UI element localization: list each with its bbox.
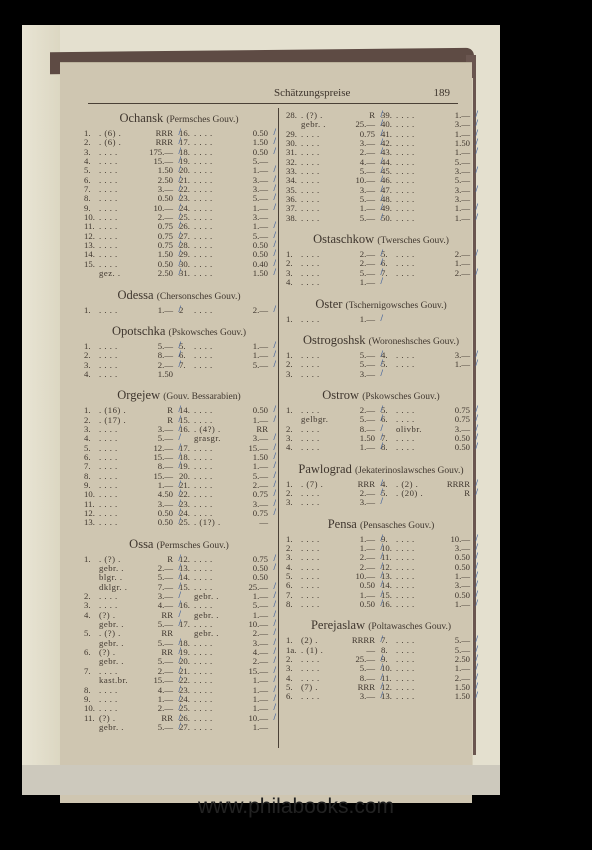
entry-note: . . . . xyxy=(99,204,143,213)
town-name: Ossa xyxy=(129,537,153,551)
pen-checkmark-icon: / xyxy=(380,691,383,700)
pen-checkmark-icon: / xyxy=(273,268,276,277)
entry-note: . . . . xyxy=(194,564,238,573)
entry-note: . . . . xyxy=(194,250,238,259)
entry-note: . . . . xyxy=(99,667,143,676)
catalog-row: 1.. . . .1.—/ xyxy=(286,315,476,324)
entry-number: 1. xyxy=(286,406,301,415)
entry-note: . . . . xyxy=(99,686,143,695)
catalog-entry: 1.. . . .1.—/ xyxy=(286,315,381,324)
catalog-entry: 8.. . . .0.50/ xyxy=(286,600,381,609)
entry-note: . (2) . xyxy=(396,480,440,489)
catalog-section: Ochansk (Permsches Gouv.)1.. (6) .RRR/16… xyxy=(84,111,274,279)
entry-price xyxy=(238,370,274,379)
governorate-name: (Chersonsches Gouv.) xyxy=(157,292,241,302)
town-name: Oster xyxy=(315,297,342,311)
entry-note: . . . . xyxy=(396,636,440,645)
entry-note: . . . . xyxy=(301,269,345,278)
entry-price: 0.75/ xyxy=(238,509,274,518)
catalog-entry: 4.. . . .1.—/ xyxy=(286,278,381,287)
entry-note: . . . . xyxy=(194,269,238,278)
entry-note: . . . . xyxy=(99,370,143,379)
catalog-entry: 13.. . . .0.50/ xyxy=(84,518,179,527)
pen-checkmark-icon: / xyxy=(475,442,478,451)
entry-number: 15. xyxy=(179,583,194,592)
pen-checkmark-icon: / xyxy=(475,185,478,194)
entry-number xyxy=(381,370,396,379)
pen-checkmark-icon: / xyxy=(273,360,276,369)
pen-checkmark-icon: / xyxy=(178,619,181,628)
entry-note: . . . . xyxy=(194,695,238,704)
entry-note: . . . . xyxy=(396,692,440,701)
catalog-entry: 4.. . . .1.—/ xyxy=(286,443,381,452)
price-value: 1.— xyxy=(360,277,375,287)
entry-note: . . . . xyxy=(301,674,345,683)
pen-checkmark-icon: / xyxy=(178,360,181,369)
catalog-entry xyxy=(381,370,476,379)
entry-note: . . . . xyxy=(99,462,143,471)
entry-note: gebr. . xyxy=(99,564,143,573)
catalog-row: 1.. . . .1.—/2. . . .2.—/ xyxy=(84,306,274,315)
catalog-entry xyxy=(381,315,476,324)
entry-number: 50. xyxy=(381,214,396,223)
catalog-entry: 8.. . . .0.50/ xyxy=(381,443,476,452)
running-title: Schätzungspreise xyxy=(274,87,350,99)
entry-number: 5. xyxy=(381,489,396,498)
entry-note: . (?) . xyxy=(301,111,345,120)
entry-note: . . . . xyxy=(301,351,345,360)
catalog-entry xyxy=(381,278,476,287)
book-page: Schätzungspreise 189 Ochansk (Permsches … xyxy=(60,62,472,803)
entry-note: . . . . xyxy=(99,509,143,518)
entry-price: 2.—/ xyxy=(238,306,274,315)
entry-price: 1.50/ xyxy=(238,269,274,278)
running-head: Schätzungspreise 189 xyxy=(88,85,458,104)
entry-note: . . . . xyxy=(194,481,238,490)
price-value: 0.50 xyxy=(360,599,375,609)
entry-note: . . . . xyxy=(194,639,238,648)
entry-number: 1. xyxy=(286,315,301,324)
entry-number: 15. xyxy=(84,260,99,269)
entry-number xyxy=(179,370,194,379)
entry-note: . . . . xyxy=(99,176,143,185)
entry-price: 5.—/ xyxy=(345,214,381,223)
pen-checkmark-icon: / xyxy=(475,359,478,368)
entry-note: . . . . xyxy=(301,553,345,562)
entry-price: 1.—/ xyxy=(440,214,476,223)
catalog-row: 3.. . . .3.—/ xyxy=(286,370,476,379)
catalog-entry: 25.. (1?) .— xyxy=(179,518,274,527)
entry-price: 1.—/ xyxy=(143,306,179,315)
entry-note: . . . . xyxy=(194,509,238,518)
catalog-entry: 6.. . . .3.—/ xyxy=(286,692,381,701)
town-name: Pensa xyxy=(328,517,357,531)
entry-note: gebr. . xyxy=(194,611,238,620)
entry-note: . . . . xyxy=(99,222,143,231)
price-value: 5.— xyxy=(158,722,173,732)
catalog-entry: 3.. . . .3.—/ xyxy=(286,498,381,507)
section-heading: Pensa (Pensasches Gouv.) xyxy=(286,517,476,534)
entry-note: . . . . xyxy=(396,572,440,581)
entry-number: 17. xyxy=(179,620,194,629)
price-value: 5.— xyxy=(253,360,268,370)
entry-note: . . . . xyxy=(194,686,238,695)
entry-note xyxy=(396,370,440,379)
pen-checkmark-icon: / xyxy=(178,517,181,526)
entry-note: . . . . xyxy=(396,120,440,129)
entry-note: . . . . xyxy=(99,157,143,166)
entry-number: 28. xyxy=(286,111,301,120)
entry-note: . . . . xyxy=(396,139,440,148)
entry-note: . . . . xyxy=(301,692,345,701)
watermark: www.philabooks.com xyxy=(0,795,592,819)
facing-page-edge xyxy=(22,25,60,765)
pen-checkmark-icon: / xyxy=(380,213,383,222)
catalog-entry: 1.. (16) .R/ xyxy=(84,406,179,415)
entry-number: 5. xyxy=(381,360,396,369)
entry-note: (?) . xyxy=(99,611,143,620)
pen-checkmark-icon: / xyxy=(273,147,276,156)
entry-number: 7. xyxy=(84,667,99,676)
entry-note: gebr. . xyxy=(99,723,143,732)
price-value: 0.50 xyxy=(455,442,470,452)
pen-checkmark-icon: / xyxy=(178,305,181,314)
entry-note: . . . . xyxy=(99,472,143,481)
entry-note: dklgr. . xyxy=(99,583,143,592)
entry-note: gebr. . xyxy=(99,639,143,648)
entry-note: . . . . xyxy=(396,674,440,683)
page-number: 189 xyxy=(434,87,451,99)
entry-note: . . . . xyxy=(301,443,345,452)
entry-note: . . . . xyxy=(99,704,143,713)
section-heading: Oster (Tschernigowsches Gouv.) xyxy=(286,297,476,314)
entry-note: . . . . xyxy=(99,351,143,360)
entry-note: . . . . xyxy=(396,600,440,609)
entry-note: . . . . xyxy=(396,563,440,572)
price-value: 3.— xyxy=(360,691,375,701)
section-heading: Odessa (Chersonsches Gouv.) xyxy=(84,288,274,305)
catalog-entry: 7.. . . .2.—/ xyxy=(381,269,476,278)
price-value: 1.— xyxy=(158,305,173,315)
entry-price: 0.50/ xyxy=(143,518,179,527)
entry-price: 3.—/ xyxy=(345,692,381,701)
entry-note: . . . . xyxy=(194,667,238,676)
pen-checkmark-icon: / xyxy=(380,599,383,608)
pen-checkmark-icon: / xyxy=(380,277,383,286)
price-value: 1.— xyxy=(360,442,375,452)
entry-note: gelbgr. xyxy=(301,415,345,424)
entry-price: 1.—/ xyxy=(345,278,381,287)
governorate-name: (Twersches Gouv.) xyxy=(377,236,449,246)
entry-note: . . . . xyxy=(194,704,238,713)
entry-note: . . . . xyxy=(396,351,440,360)
entry-price: R/ xyxy=(143,406,179,415)
entry-note: . . . . xyxy=(396,195,440,204)
entry-note: . . . . xyxy=(194,351,238,360)
section-heading: Opotschka (Pskowsches Gouv.) xyxy=(84,324,274,341)
entry-note: . . . . xyxy=(396,111,440,120)
price-value: 1.50 xyxy=(253,268,268,278)
entry-price: 3.—/ xyxy=(345,370,381,379)
entry-number: 7. xyxy=(381,269,396,278)
entry-note: (?) . xyxy=(99,714,143,723)
pen-checkmark-icon: / xyxy=(475,213,478,222)
left-column: Ochansk (Permsches Gouv.)1.. (6) .RRR/16… xyxy=(84,111,274,741)
entry-number xyxy=(84,564,99,573)
price-value: 1.50 xyxy=(158,369,173,379)
entry-note: . . . . xyxy=(194,601,238,610)
price-value: 3.— xyxy=(360,369,375,379)
section-heading: Ochansk (Permsches Gouv.) xyxy=(84,111,274,128)
town-name: Ochansk xyxy=(119,111,163,125)
entry-note: . . . . xyxy=(301,167,345,176)
pen-checkmark-icon: / xyxy=(380,635,383,644)
entry-note: . . . . xyxy=(396,250,440,259)
catalog-section: Orgejew (Gouv. Bessarabien)1.. (16) .R/1… xyxy=(84,388,274,527)
entry-number: 2 xyxy=(179,306,194,315)
pen-checkmark-icon: / xyxy=(380,497,383,506)
entry-note: . . . . xyxy=(194,138,238,147)
entry-note: . . . . xyxy=(396,204,440,213)
catalog-row: gez. .2.50/31.. . . .1.50/ xyxy=(84,269,274,278)
town-name: Opotschka xyxy=(112,324,165,338)
entry-note: . . . . xyxy=(301,572,345,581)
entry-price xyxy=(440,498,476,507)
section-heading: Pawlograd (Jekaterinoslawsches Gouv.) xyxy=(286,462,476,479)
entry-note: . . . . xyxy=(99,444,143,453)
entry-price: 1.— xyxy=(238,723,274,732)
entry-number: 3. xyxy=(286,498,301,507)
entry-price xyxy=(440,370,476,379)
catalog-entry: gebr. .5.—/ xyxy=(84,723,179,732)
entry-note: kast.br. xyxy=(99,676,143,685)
entry-note: gebr. . xyxy=(99,620,143,629)
section-heading: Orgejew (Gouv. Bessarabien) xyxy=(84,388,274,405)
entry-number: 5. xyxy=(84,629,99,638)
entry-note: gebr. . xyxy=(99,657,143,666)
entry-note: . . . . xyxy=(396,130,440,139)
entry-note: . . . . xyxy=(194,648,238,657)
entry-number: 13. xyxy=(84,518,99,527)
catalog-entry: 5.. (20) .R/ xyxy=(381,489,476,498)
entry-price xyxy=(440,315,476,324)
entry-note: . . . . xyxy=(396,434,440,443)
entry-note: . . . . xyxy=(396,683,440,692)
entry-note: . . . . xyxy=(396,158,440,167)
entry-note: . . . . xyxy=(301,204,345,213)
entry-number: 16. xyxy=(381,600,396,609)
entry-note: . . . . xyxy=(194,500,238,509)
entry-note: . . . . xyxy=(194,583,238,592)
pen-checkmark-icon: / xyxy=(475,691,478,700)
catalog-entry: 4.. . . .1.50 xyxy=(84,370,179,379)
pen-checkmark-icon: / xyxy=(475,488,478,497)
entry-note: . . . . xyxy=(396,591,440,600)
entry-note: . (20) . xyxy=(396,489,440,498)
entry-price: RRRR/ xyxy=(345,636,381,645)
entry-note: . . . . xyxy=(99,425,143,434)
pen-checkmark-icon: / xyxy=(273,305,276,314)
entry-note: . . . . xyxy=(99,260,143,269)
entry-note: . . . . xyxy=(194,306,238,315)
entry-note: . . . . xyxy=(396,553,440,562)
catalog-section: Pensa (Pensasches Gouv.)1.. . . .1.—/9..… xyxy=(286,517,476,610)
entry-note: . . . . xyxy=(194,129,238,138)
entry-note: . (1) . xyxy=(301,646,345,655)
pen-checkmark-icon: / xyxy=(475,599,478,608)
entry-note: . . . . xyxy=(301,214,345,223)
price-value: 1.— xyxy=(455,359,470,369)
entry-note: . . . . xyxy=(194,260,238,269)
catalog-row: 38.. . . .5.—/50.. . . .1.—/ xyxy=(286,214,476,223)
entry-note xyxy=(396,498,440,507)
entry-note: . . . . xyxy=(194,462,238,471)
entry-note: . . . . xyxy=(99,241,143,250)
entry-number: 1. xyxy=(84,555,99,564)
catalog-row: gebr. .5.—/27.. . . .1.— xyxy=(84,723,274,732)
pen-checkmark-icon: / xyxy=(273,563,276,572)
entry-note: . . . . xyxy=(194,241,238,250)
entry-note: . (6) . xyxy=(99,138,143,147)
price-value: 0.50 xyxy=(158,517,173,527)
catalog-section: Odessa (Chersonsches Gouv.)1.. . . .1.—/… xyxy=(84,288,274,315)
entry-note: . . . . xyxy=(194,676,238,685)
entry-price: 1.50 xyxy=(143,370,179,379)
catalog-row: 1.(2) .RRRR/7.. . . .5.—/ xyxy=(286,636,476,645)
entry-number: 3. xyxy=(286,370,301,379)
price-value: 2.— xyxy=(253,305,268,315)
catalog-entry: 27.. . . .1.— xyxy=(179,723,274,732)
governorate-name: (Permsches Gouv.) xyxy=(166,115,238,125)
catalog-entry xyxy=(381,498,476,507)
entry-note: . . . . xyxy=(194,714,238,723)
right-column: 28.. (?) .R/39.. . . .1.—/gebr. .25.—/40… xyxy=(286,111,476,711)
entry-note: . . . . xyxy=(194,361,238,370)
entry-note: gez. . xyxy=(99,269,143,278)
entry-number: 31. xyxy=(179,269,194,278)
entry-number: 13. xyxy=(381,692,396,701)
entry-note: . . . . xyxy=(301,489,345,498)
entry-price: 0.50/ xyxy=(345,600,381,609)
entry-note: . . . . xyxy=(301,278,345,287)
entry-note: . . . . xyxy=(301,434,345,443)
governorate-name: (Tschernigowsches Gouv.) xyxy=(346,301,447,311)
entry-note: . . . . xyxy=(99,490,143,499)
pen-checkmark-icon: / xyxy=(475,166,478,175)
price-value: 1.— xyxy=(455,213,470,223)
entry-note: . . . . xyxy=(301,535,345,544)
entry-note: . . . . xyxy=(194,657,238,666)
entry-price: — xyxy=(238,518,274,527)
entry-note: . . . . xyxy=(396,535,440,544)
entry-note: . . . . xyxy=(396,148,440,157)
entry-price xyxy=(440,278,476,287)
entry-note: . . . . xyxy=(99,695,143,704)
catalog-row: 6.. . . .3.—/13.. . . .1.50/ xyxy=(286,692,476,701)
catalog-row: 4.. . . .1.50 xyxy=(84,370,274,379)
entry-number xyxy=(381,315,396,324)
price-value: 5.— xyxy=(360,213,375,223)
entry-note: . . . . xyxy=(194,573,238,582)
catalog-entry: 50.. . . .1.—/ xyxy=(381,214,476,223)
entry-number xyxy=(381,498,396,507)
price-value: 3.— xyxy=(360,497,375,507)
entry-number xyxy=(84,723,99,732)
catalog-row: 3.. . . .2.—/7.. . . .5.—/ xyxy=(84,361,274,370)
entry-note: . . . . xyxy=(396,406,440,415)
entry-note: . . . . xyxy=(301,360,345,369)
price-value: 2.50 xyxy=(158,268,173,278)
entry-number: 27. xyxy=(179,723,194,732)
price-value: 1.— xyxy=(455,599,470,609)
entry-note: . . . . xyxy=(301,176,345,185)
town-name: Perejaslaw xyxy=(311,618,365,632)
governorate-name: (Pensasches Gouv.) xyxy=(360,521,434,531)
entry-note: . . . . xyxy=(301,259,345,268)
entry-note: . . . . xyxy=(396,214,440,223)
entry-note: . . . . xyxy=(301,563,345,572)
governorate-name: (Pskowsches Gouv.) xyxy=(362,392,440,402)
entry-note: . (1?) . xyxy=(194,518,238,527)
entry-price: 3.—/ xyxy=(345,498,381,507)
catalog-section: Opotschka (Pskowsches Gouv.)1.. . . .5.—… xyxy=(84,324,274,379)
entry-note xyxy=(396,315,440,324)
entry-number: 1. xyxy=(84,306,99,315)
town-name: Ostaschkow xyxy=(313,232,374,246)
entry-number: 38. xyxy=(286,214,301,223)
entry-number: 8. xyxy=(381,443,396,452)
entry-note: . . . . xyxy=(99,250,143,259)
entry-note: . . . . xyxy=(99,148,143,157)
pen-checkmark-icon: / xyxy=(380,369,383,378)
entry-note: . . . . xyxy=(301,425,345,434)
entry-note xyxy=(194,370,238,379)
entry-note: gebr. . xyxy=(301,120,345,129)
entry-price: 1.—/ xyxy=(440,360,476,369)
entry-note: . (16) . xyxy=(99,406,143,415)
catalog-section: Perejaslaw (Poltawasches Gouv.)1.(2) .RR… xyxy=(286,618,476,701)
pen-checkmark-icon: / xyxy=(475,268,478,277)
entry-price: 2.50/ xyxy=(143,269,179,278)
entry-note: . . . . xyxy=(396,655,440,664)
entry-note: . . . . xyxy=(396,646,440,655)
entry-note: . . . . xyxy=(396,664,440,673)
entry-note: . . . . xyxy=(301,406,345,415)
entry-note: . . . . xyxy=(396,360,440,369)
entry-note: . . . . xyxy=(301,591,345,600)
entry-note: . . . . xyxy=(194,444,238,453)
entry-note: . (7) . xyxy=(301,480,345,489)
entry-number: 6. xyxy=(286,692,301,701)
entry-note: grasgr. xyxy=(194,434,238,443)
entry-note: . . . . xyxy=(301,186,345,195)
entry-note: . . . . xyxy=(194,406,238,415)
entry-note: . . . . xyxy=(301,370,345,379)
entry-note: gebr. . xyxy=(194,629,238,638)
entry-note: . . . . xyxy=(194,472,238,481)
entry-note: . (6) . xyxy=(99,129,143,138)
entry-price: RRRR/ xyxy=(440,480,476,489)
column-divider xyxy=(278,108,279,748)
entry-note: . . . . xyxy=(396,443,440,452)
entry-note: olivbr. xyxy=(396,425,440,434)
entry-note: . . . . xyxy=(301,158,345,167)
entry-note: . . . . xyxy=(99,361,143,370)
entry-note: . . . . xyxy=(396,176,440,185)
entry-note: . . . . xyxy=(301,581,345,590)
entry-number xyxy=(84,573,99,582)
town-name: Odessa xyxy=(117,288,153,302)
